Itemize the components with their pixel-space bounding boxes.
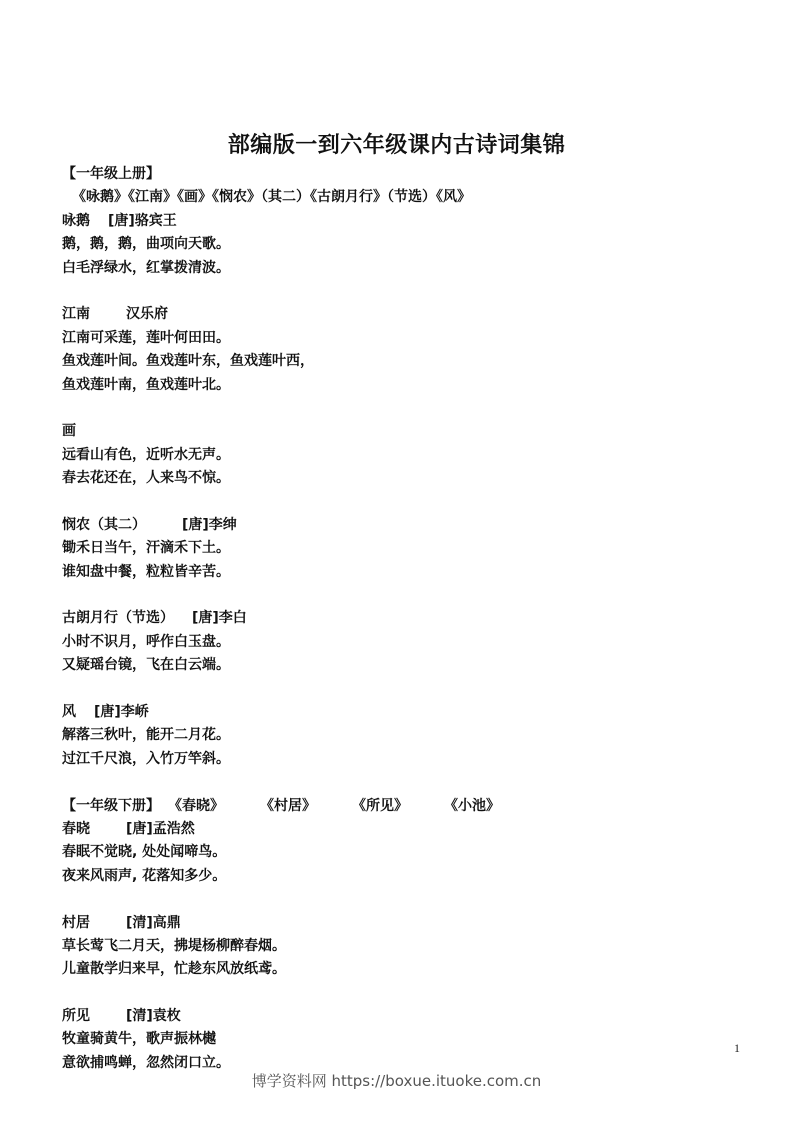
poem-header: 咏鹅[唐]骆宾王 (62, 210, 753, 233)
blank-line (62, 397, 753, 420)
poem-line: 草长莺飞二月天，拂堤杨柳醉春烟。 (62, 935, 753, 958)
poem-title: 村居 (62, 915, 90, 931)
poem-line: 儿童散学归来早，忙趁东风放纸鸢。 (62, 958, 753, 981)
poem-author: [唐]李白 (192, 610, 247, 626)
section-heading-grade1-vol2: 【一年级下册】《春晓》《村居》《所见》《小池》 (62, 795, 753, 818)
footer-watermark: 博学资料网 https://boxue.ituoke.com.cn (0, 1070, 793, 1091)
section-heading: 【一年级下册】 (62, 798, 160, 814)
blank-line (62, 888, 753, 911)
poem-line: 过江千尺浪，入竹万竿斜。 (62, 748, 753, 771)
poem-header: 古朗月行（节选）[唐]李白 (62, 607, 753, 630)
poem-title: 春晓 (62, 821, 90, 837)
poem-line: 白毛浮绿水，红掌拨清波。 (62, 257, 753, 280)
page-number: 1 (734, 1041, 740, 1056)
poem-author: [唐]李绅 (182, 517, 237, 533)
poem-title: 画 (62, 423, 76, 439)
poem-title: 咏鹅 (62, 213, 90, 229)
poem-line: 小时不识月，呼作白玉盘。 (62, 631, 753, 654)
section-toc-grade1-vol1: 《咏鹅》《江南》《画》《悯农》（其二）《古朗月行》（节选）《风》 (62, 186, 753, 209)
toc-item: 《所见》 (352, 798, 408, 814)
poem-header: 所见[清]袁枚 (62, 1005, 753, 1028)
toc-item: 《春晓》 (168, 798, 224, 814)
poem-title: 古朗月行（节选） (62, 610, 174, 626)
poem-line: 春眠不觉晓, 处处闻啼鸟。 (62, 841, 753, 864)
poem-header: 风[唐]李峤 (62, 701, 753, 724)
poem-title: 江南 (62, 306, 90, 322)
poem-line: 鱼戏莲叶间。鱼戏莲叶东，鱼戏莲叶西， (62, 350, 753, 373)
poem-author: [唐]骆宾王 (108, 213, 177, 229)
poem-line: 牧童骑黄牛，歌声振林樾 (62, 1028, 753, 1051)
poem-line: 江南可采莲，莲叶何田田。 (62, 327, 753, 350)
document-body: 【一年级上册】 《咏鹅》《江南》《画》《悯农》（其二）《古朗月行》（节选）《风》… (62, 163, 753, 1075)
poem-line: 解落三秋叶，能开二月花。 (62, 724, 753, 747)
poem-author: [清]袁枚 (126, 1008, 181, 1024)
blank-line (62, 678, 753, 701)
poem-header: 江南汉乐府 (62, 303, 753, 326)
blank-line (62, 771, 753, 794)
poem-title: 风 (62, 704, 76, 720)
poem-line: 远看山有色，近听水无声。 (62, 444, 753, 467)
blank-line (62, 280, 753, 303)
poem-title: 所见 (62, 1008, 90, 1024)
poem-header: 村居[清]高鼎 (62, 912, 753, 935)
poem-header: 悯农（其二）[唐]李绅 (62, 514, 753, 537)
blank-line (62, 584, 753, 607)
poem-line: 谁知盘中餐，粒粒皆辛苦。 (62, 561, 753, 584)
poem-line: 又疑瑶台镜，飞在白云端。 (62, 654, 753, 677)
poem-author: [清]高鼎 (126, 915, 181, 931)
poem-line: 春去花还在，人来鸟不惊。 (62, 467, 753, 490)
poem-author: [唐]孟浩然 (126, 821, 195, 837)
poem-line: 锄禾日当午，汗滴禾下土。 (62, 537, 753, 560)
poem-line: 夜来风雨声, 花落知多少。 (62, 865, 753, 888)
poem-header: 画 (62, 420, 753, 443)
toc-item: 《小池》 (444, 798, 500, 814)
poem-title: 悯农（其二） (62, 517, 146, 533)
poem-author: 汉乐府 (126, 306, 168, 322)
poem-author: [唐]李峤 (94, 704, 149, 720)
poem-line: 鱼戏莲叶南，鱼戏莲叶北。 (62, 374, 753, 397)
toc-item: 《村居》 (260, 798, 316, 814)
poem-line: 鹅，鹅，鹅，曲项向天歌。 (62, 233, 753, 256)
section-heading-grade1-vol1: 【一年级上册】 (62, 163, 753, 186)
blank-line (62, 982, 753, 1005)
blank-line (62, 490, 753, 513)
poem-header: 春晓[唐]孟浩然 (62, 818, 753, 841)
page-title: 部编版一到六年级课内古诗词集锦 (0, 128, 793, 159)
